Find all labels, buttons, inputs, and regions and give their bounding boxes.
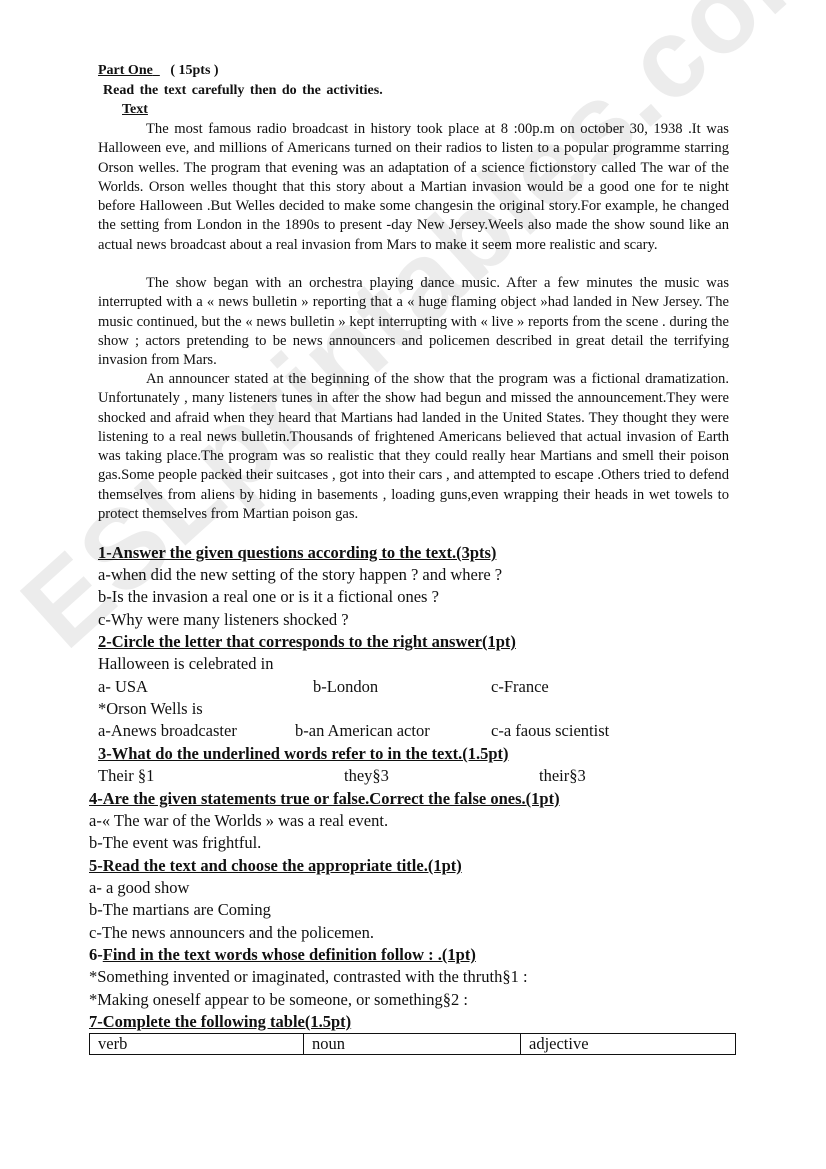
activity-3-word: they§3 xyxy=(344,766,389,786)
table-cell-verb: verb xyxy=(90,1034,304,1055)
activity-4-title: 4-Are the given statements true or false… xyxy=(89,789,560,809)
instruction: Read the text carefully then do the acti… xyxy=(103,83,383,99)
activity-2-option: a-Anews broadcaster xyxy=(98,721,237,741)
text-label: Text xyxy=(122,102,148,118)
passage-paragraph-3: An announcer stated at the beginning of … xyxy=(98,370,729,524)
table-cell-adjective: adjective xyxy=(521,1034,736,1055)
word-forms-table: verb noun adjective xyxy=(89,1033,736,1055)
activity-2-option: c-France xyxy=(491,677,549,697)
passage-paragraph-2: The show began with an orchestra playing… xyxy=(98,274,729,370)
activity-2-question-1: Halloween is celebrated in xyxy=(98,654,273,674)
worksheet-page: ESLprintables.com Part One ( 15pts ) Rea… xyxy=(0,0,826,1169)
activity-3-title: 3-What do the underlined words refer to … xyxy=(98,744,509,764)
activity-4-statement-b: b-The event was frightful. xyxy=(89,833,261,853)
activity-5-option-c: c-The news announcers and the policemen. xyxy=(89,923,374,943)
activity-3-word: Their §1 xyxy=(98,766,154,786)
part-title: Part One xyxy=(98,63,153,78)
activity-5-option-a: a- a good show xyxy=(89,878,189,898)
activity-5-title: 5-Read the text and choose the appropria… xyxy=(89,856,462,876)
activity-5-option-b: b-The martians are Coming xyxy=(89,900,271,920)
table-header-row: verb noun adjective xyxy=(90,1034,736,1055)
activity-1-question-c: c-Why were many listeners shocked ? xyxy=(98,610,349,630)
table-cell-noun: noun xyxy=(304,1034,521,1055)
activity-1-title: 1-Answer the given questions according t… xyxy=(98,543,496,563)
passage-paragraph-1: The most famous radio broadcast in histo… xyxy=(98,120,729,255)
activity-2-option: b-London xyxy=(313,677,378,697)
part-points: ( 15pts ) xyxy=(170,63,218,78)
activity-6-title: 6-Find in the text words whose definitio… xyxy=(89,945,476,965)
part-heading: Part One ( 15pts ) xyxy=(98,63,219,79)
activity-1-question-b: b-Is the invasion a real one or is it a … xyxy=(98,587,439,607)
activity-6-definition-2: *Making oneself appear to be someone, or… xyxy=(89,990,468,1010)
activity-7-title: 7-Complete the following table(1.5pt) xyxy=(89,1012,351,1032)
activity-2-question-2: *Orson Wells is xyxy=(98,699,203,719)
activity-2-option: a- USA xyxy=(98,677,148,697)
activity-2-title: 2-Circle the letter that corresponds to … xyxy=(98,632,516,652)
activity-4-statement-a: a-« The war of the Worlds » was a real e… xyxy=(89,811,388,831)
activity-3-word: their§3 xyxy=(539,766,586,786)
activity-2-option: b-an American actor xyxy=(295,721,430,741)
activity-6-definition-1: *Something invented or imaginated, contr… xyxy=(89,967,528,987)
activity-1-question-a: a-when did the new setting of the story … xyxy=(98,565,502,585)
activity-2-option: c-a faous scientist xyxy=(491,721,609,741)
